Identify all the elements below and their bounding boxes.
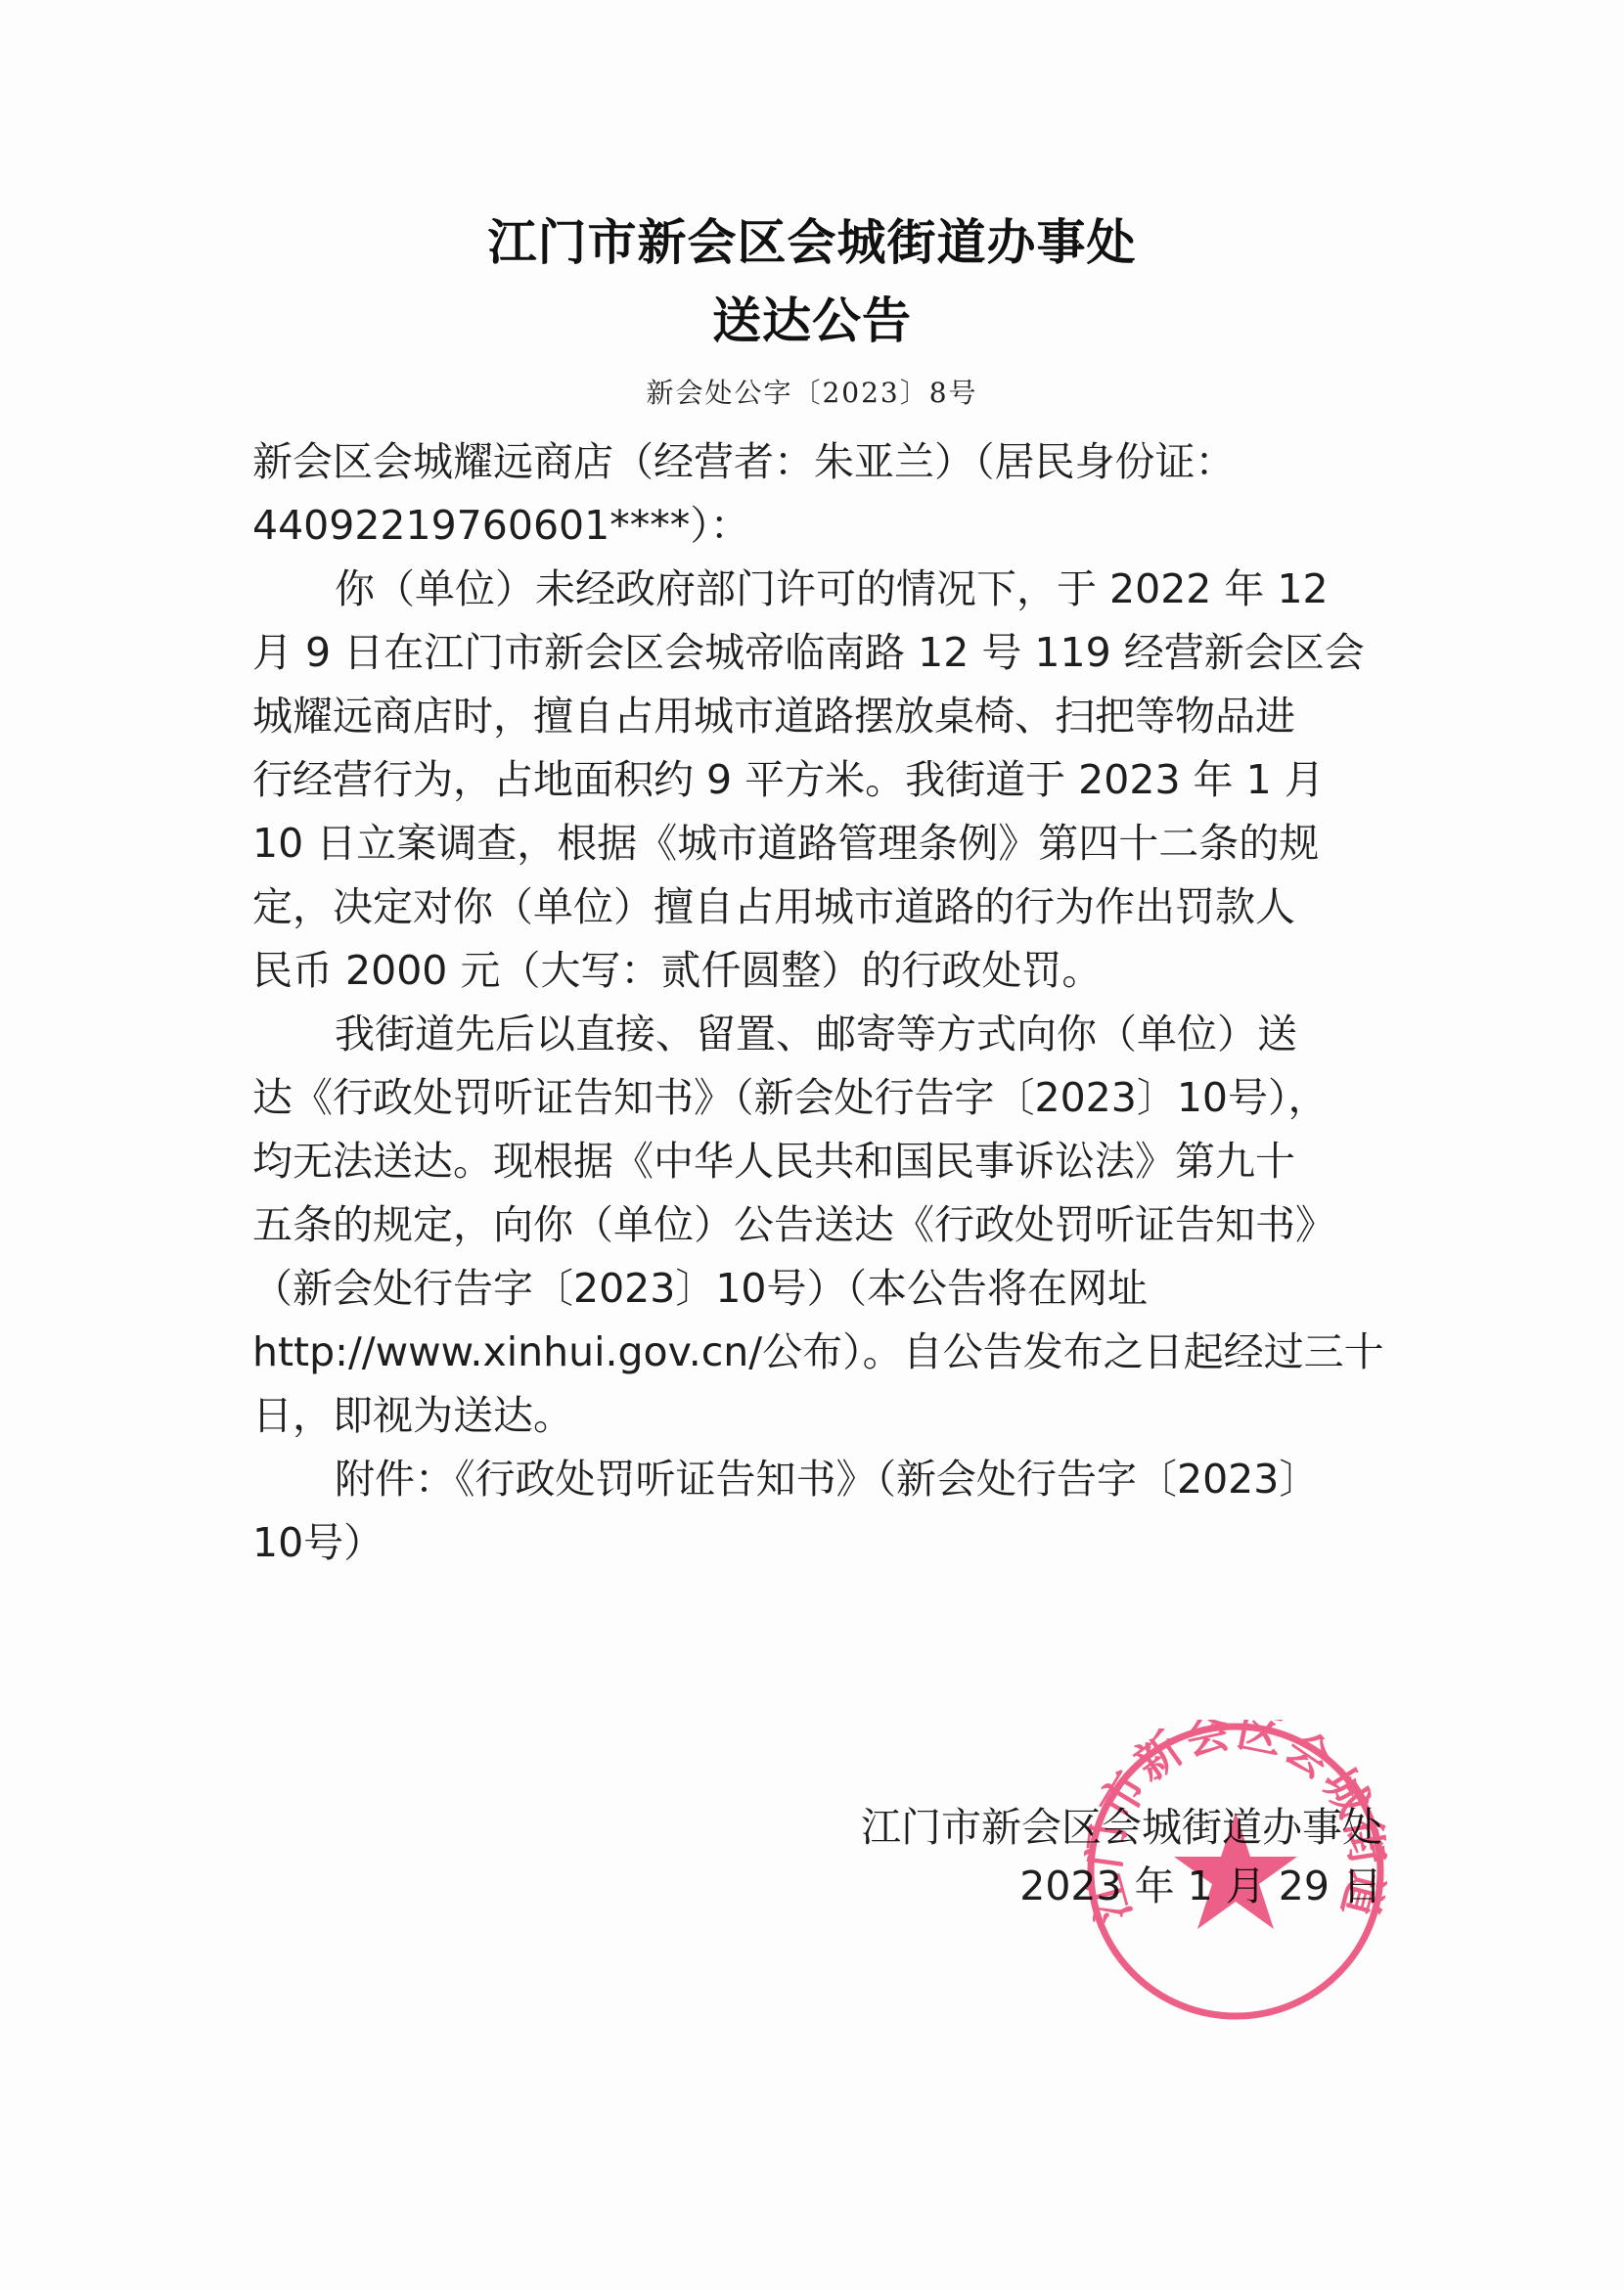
- attachment-note: 附件：《行政处罚听证告知书》（新会处行告字〔2023〕 10号）: [252, 1448, 1382, 1575]
- paragraph-line: 我街道先后以直接、留置、邮寄等方式向你（单位）送: [252, 1003, 1382, 1066]
- paragraph-line: 五条的规定，向你（单位）公告送达《行政处罚听证告知书》: [252, 1193, 1382, 1257]
- official-seal-stamp-icon: 江门市新会区会城街道办事处: [1084, 1720, 1387, 2023]
- document-body: 新会区会城耀远商店（经营者：朱亚兰）（居民身份证： 44092219760601…: [252, 430, 1382, 1575]
- paragraph-line: 日，即视为送达。: [252, 1384, 1382, 1448]
- website-link-line: http://www.xinhui.gov.cn/公布）。自公告发布之日起经过三…: [252, 1321, 1382, 1384]
- paragraph-line: 城耀远商店时，擅自占用城市道路摆放桌椅、扫把等物品进: [252, 685, 1382, 748]
- paragraph-penalty: 你（单位）未经政府部门许可的情况下，于 2022 年 12 月 9 日在江门市新…: [252, 558, 1382, 1003]
- star-icon: [1174, 1813, 1297, 1929]
- attachment-line: 10号）: [252, 1511, 1382, 1575]
- document-page: 江门市新会区会城街道办事处 送达公告 新会处公字〔2023〕8号 新会区会城耀远…: [0, 0, 1624, 2290]
- addressee-line: 新会区会城耀远商店（经营者：朱亚兰）（居民身份证：: [252, 430, 1382, 494]
- paragraph-service: 我街道先后以直接、留置、邮寄等方式向你（单位）送 达《行政处罚听证告知书》（新会…: [252, 1003, 1382, 1448]
- document-number: 新会处公字〔2023〕8号: [0, 372, 1624, 411]
- paragraph-line: 行经营行为，占地面积约 9 平方米。我街道于 2023 年 1 月: [252, 748, 1382, 812]
- paragraph-line: 你（单位）未经政府部门许可的情况下，于 2022 年 12: [252, 558, 1382, 621]
- paragraph-line: 民币 2000 元（大写：贰仟圆整）的行政处罚。: [252, 939, 1382, 1003]
- paragraph-line: 达《行政处罚听证告知书》（新会处行告字〔2023〕10号），: [252, 1066, 1382, 1130]
- document-title: 江门市新会区会城街道办事处: [0, 203, 1624, 274]
- addressee: 新会区会城耀远商店（经营者：朱亚兰）（居民身份证： 44092219760601…: [252, 430, 1382, 558]
- attachment-line: 附件：《行政处罚听证告知书》（新会处行告字〔2023〕: [252, 1448, 1382, 1511]
- addressee-line: 44092219760601****）：: [252, 494, 1382, 558]
- paragraph-line: 月 9 日在江门市新会区会城帝临南路 12 号 119 经营新会区会: [252, 621, 1382, 685]
- document-subtitle: 送达公告: [0, 282, 1624, 352]
- paragraph-line: 定，决定对你（单位）擅自占用城市道路的行为作出罚款人: [252, 876, 1382, 939]
- paragraph-line: （新会处行告字〔2023〕10号）（本公告将在网址: [252, 1257, 1382, 1321]
- paragraph-line: 10 日立案调查，根据《城市道路管理条例》第四十二条的规: [252, 812, 1382, 876]
- paragraph-line: 均无法送达。现根据《中华人民共和国民事诉讼法》第九十: [252, 1130, 1382, 1193]
